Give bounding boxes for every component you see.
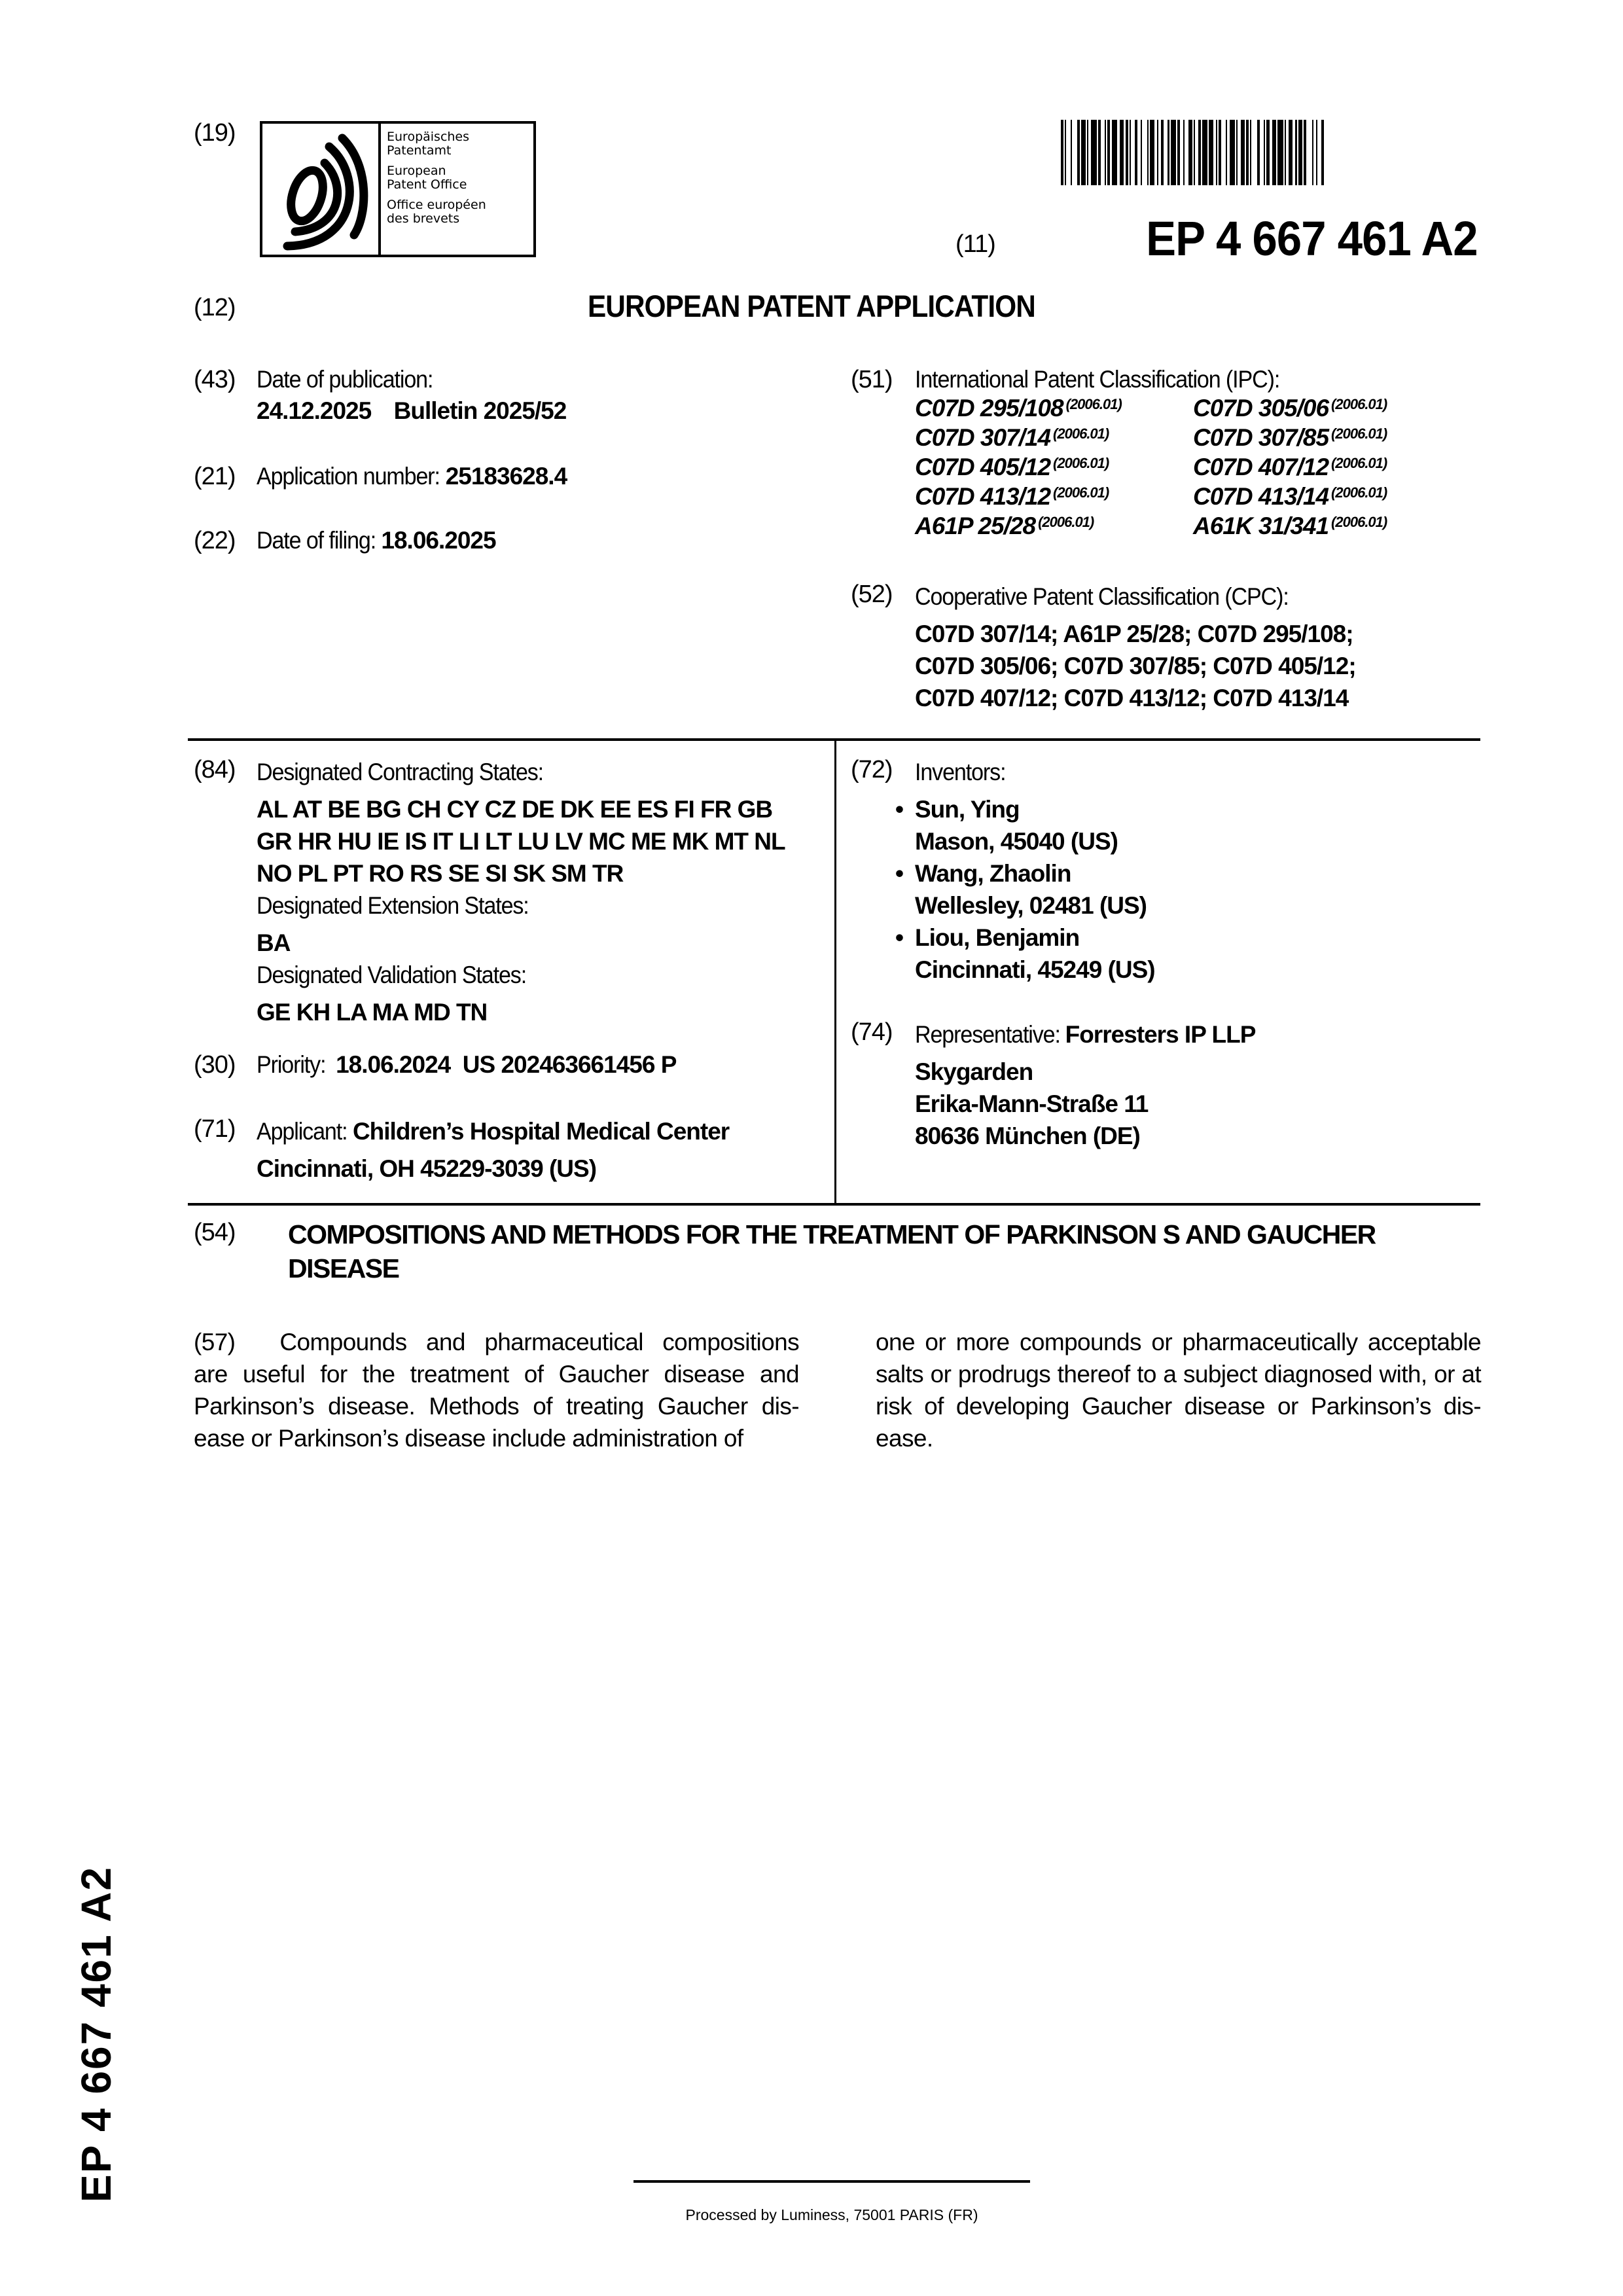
section-divider (188, 1203, 1480, 1206)
representative-name: Forresters IP LLP (1065, 1021, 1256, 1048)
ipc-field: International Patent Classification (IPC… (915, 366, 1442, 541)
ipc-entry: C07D 413/12(2006.01) (915, 482, 1193, 511)
publication-number: EP 4 667 461 A2 (1147, 211, 1478, 266)
epo-logo: Europäisches Patentamt European Patent O… (260, 121, 536, 257)
applicant-address: Cincinnati, OH 45229-3039 (US) (257, 1153, 729, 1185)
inid-54: (54) (194, 1219, 236, 1247)
inventor-name-text: Liou, Benjamin (915, 924, 1079, 951)
cpc-field: Cooperative Patent Classification (CPC):… (915, 581, 1356, 714)
inid-19: (19) (194, 119, 236, 147)
inid-11: (11) (955, 230, 995, 259)
abstract-text-left: Compounds and pharmaceutical composition… (194, 1329, 799, 1452)
ipc-code: C07D 405/12 (915, 454, 1050, 480)
publication-date-field: Date of publication: 24.12.2025 Bulletin… (257, 366, 566, 425)
representative-field: Representative: Forresters IP LLP Skygar… (915, 1018, 1255, 1152)
priority-field: Priority: 18.06.2024 US 202463661456 P (257, 1051, 676, 1079)
office-name-fr-2: des brevets (387, 212, 486, 226)
inid-30: (30) (194, 1051, 236, 1079)
inid-51: (51) (851, 366, 893, 394)
ipc-version: (2006.01) (1331, 455, 1387, 471)
ipc-version: (2006.01) (1331, 484, 1387, 501)
inventor-name-text: Sun, Ying (915, 796, 1020, 823)
ipc-code: C07D 307/85 (1193, 424, 1329, 451)
representative-address-line: Skygarden (915, 1056, 1255, 1088)
cpc-line: C07D 307/14; A61P 25/28; C07D 295/108; (915, 618, 1356, 650)
contracting-states-line: NO PL PT RO RS SE SI SK SM TR (257, 857, 785, 889)
ipc-entry: C07D 307/14(2006.01) (915, 423, 1193, 452)
inid-72: (72) (851, 756, 893, 784)
ipc-list: C07D 295/108(2006.01)C07D 305/06(2006.01… (915, 393, 1442, 541)
cpc-line: C07D 407/12; C07D 413/12; C07D 413/14 (915, 682, 1356, 714)
side-publication-number: EP 4 667 461 A2 (72, 1864, 122, 2204)
bullet-icon: • (895, 922, 915, 954)
ipc-code: C07D 413/12 (915, 483, 1050, 510)
ipc-entry: C07D 305/06(2006.01) (1193, 393, 1442, 423)
ipc-entry: A61K 31/341(2006.01) (1193, 511, 1442, 541)
footer-rule (633, 2180, 1030, 2183)
extension-states-value: BA (257, 927, 785, 959)
cpc-label: Cooperative Patent Classification (CPC): (915, 581, 1289, 613)
ipc-version: (2006.01) (1331, 425, 1387, 442)
contracting-states-label: Designated Contracting States: (257, 756, 543, 788)
application-number-value: 25183628.4 (446, 463, 567, 490)
inventors-field: Inventors: •Sun, YingMason, 45040 (US)•W… (915, 756, 1155, 986)
application-number-label: Application number: (257, 463, 440, 490)
validation-states-label: Designated Validation States: (257, 959, 526, 991)
ipc-version: (2006.01) (1053, 455, 1109, 471)
inventors-label: Inventors: (915, 756, 1005, 788)
barcode-icon (1061, 120, 1478, 185)
abstract-column-left: (57)Compounds and pharmaceutical composi… (194, 1326, 799, 1454)
ipc-version: (2006.01) (1053, 484, 1109, 501)
inid-22: (22) (194, 527, 236, 555)
ipc-code: C07D 295/108 (915, 395, 1063, 422)
priority-label: Priority: (257, 1051, 325, 1079)
contracting-states-line: GR HR HU IE IS IT LI LT LU LV MC ME MK M… (257, 825, 785, 857)
application-number-field: Application number: 25183628.4 (257, 463, 567, 490)
representative-address-line: Erika-Mann-Straße 11 (915, 1088, 1255, 1120)
representative-address-line: 80636 München (DE) (915, 1120, 1255, 1152)
bullet-icon: • (895, 857, 915, 889)
inventor-list: •Sun, YingMason, 45040 (US)•Wang, Zhaoli… (915, 793, 1155, 986)
inventor-address: Mason, 45040 (US) (915, 825, 1155, 857)
inventor-name: •Wang, Zhaolin (915, 857, 1155, 889)
representative-label: Representative: (915, 1018, 1060, 1050)
ipc-version: (2006.01) (1038, 514, 1094, 530)
office-name-de-1: Europäisches (387, 130, 486, 144)
ipc-entry: A61P 25/28(2006.01) (915, 511, 1193, 541)
contracting-states-line: AL AT BE BG CH CY CZ DE DK EE ES FI FR G… (257, 793, 785, 825)
ipc-entry: C07D 407/12(2006.01) (1193, 452, 1442, 482)
column-divider (834, 740, 836, 1206)
cpc-line: C07D 305/06; C07D 307/85; C07D 405/12; (915, 650, 1356, 682)
extension-states-label: Designated Extension States: (257, 889, 529, 922)
priority-value: 18.06.2024 US 202463661456 P (336, 1051, 676, 1078)
ipc-code: C07D 307/14 (915, 424, 1050, 451)
validation-states-value: GE KH LA MA MD TN (257, 996, 785, 1028)
epo-emblem-icon (262, 124, 381, 255)
ipc-code: A61K 31/341 (1193, 512, 1329, 539)
ipc-entry: C07D 405/12(2006.01) (915, 452, 1193, 482)
inventor-address: Wellesley, 02481 (US) (915, 889, 1155, 922)
office-name-en-2: Patent Office (387, 178, 486, 192)
filing-date-field: Date of filing: 18.06.2025 (257, 527, 496, 554)
applicant-name: Children’s Hospital Medical Center (353, 1118, 729, 1145)
applicant-field: Applicant: Children’s Hospital Medical C… (257, 1115, 729, 1185)
inid-84: (84) (194, 756, 236, 784)
inid-71: (71) (194, 1115, 236, 1143)
ipc-label: International Patent Classification (IPC… (915, 366, 1279, 393)
inid-43: (43) (194, 366, 236, 394)
filing-date-value: 18.06.2025 (381, 527, 495, 554)
ipc-code: A61P 25/28 (915, 512, 1035, 539)
inid-52: (52) (851, 581, 893, 609)
inventor-name-text: Wang, Zhaolin (915, 860, 1071, 887)
office-name-de-2: Patentamt (387, 144, 486, 158)
inventor-name: •Liou, Benjamin (915, 922, 1155, 954)
office-name-fr-1: Office européen (387, 198, 486, 212)
inventor-name: •Sun, Ying (915, 793, 1155, 825)
ipc-version: (2006.01) (1331, 514, 1387, 530)
applicant-label: Applicant: (257, 1115, 347, 1147)
ipc-entry: C07D 413/14(2006.01) (1193, 482, 1442, 511)
office-name-en-1: European (387, 164, 486, 178)
inventor-address: Cincinnati, 45249 (US) (915, 954, 1155, 986)
ipc-entry: C07D 307/85(2006.01) (1193, 423, 1442, 452)
ipc-code: C07D 407/12 (1193, 454, 1329, 480)
bulletin-value: Bulletin 2025/52 (394, 397, 567, 424)
invention-title: COMPOSITIONS AND METHODS FOR THE TREATME… (288, 1217, 1486, 1285)
ipc-version: (2006.01) (1066, 396, 1122, 412)
ipc-version: (2006.01) (1053, 425, 1109, 442)
ipc-code: C07D 413/14 (1193, 483, 1329, 510)
inid-74: (74) (851, 1018, 893, 1047)
footer-processed-by: Processed by Luminess, 75001 PARIS (FR) (0, 2206, 1623, 2224)
inid-21: (21) (194, 463, 236, 491)
document-kind-heading: EUROPEAN PATENT APPLICATION (0, 288, 1623, 324)
publication-date-value: 24.12.2025 (257, 397, 371, 424)
ipc-code: C07D 305/06 (1193, 395, 1329, 422)
ipc-entry: C07D 295/108(2006.01) (915, 393, 1193, 423)
ipc-version: (2006.01) (1331, 396, 1387, 412)
filing-date-label: Date of filing: (257, 527, 376, 554)
publication-date-label: Date of publication: (257, 366, 433, 393)
designated-states-field: Designated Contracting States: AL AT BE … (257, 756, 785, 1028)
abstract-column-right: one or more compounds or pharmaceuticall… (876, 1326, 1481, 1454)
inid-57: (57) (194, 1329, 235, 1355)
bullet-icon: • (895, 793, 915, 825)
